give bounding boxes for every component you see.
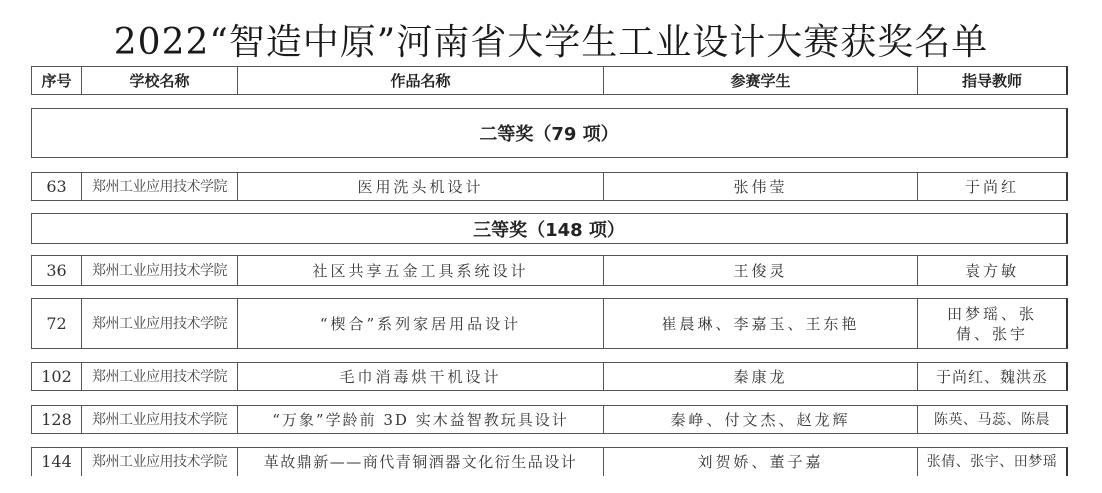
row-students: 秦康龙 [604,363,918,390]
row-students: 崔晨琳、李嘉玉、王东艳 [604,299,918,348]
row-school: 郑州工业应用技术学院 [82,256,238,285]
row-teachers: 陈英、马蕊、陈晨 [918,406,1066,433]
row-work: 毛巾消毒烘干机设计 [238,363,604,390]
row-no: 72 [32,299,82,348]
table-row: 102 郑州工业应用技术学院 毛巾消毒烘干机设计 秦康龙 于尚红、魏洪丞 [31,362,1068,391]
header-teachers: 指导教师 [918,67,1066,94]
row-school: 郑州工业应用技术学院 [82,406,238,433]
row-teachers: 袁方敏 [918,256,1066,285]
row-students: 秦峥、付文杰、赵龙辉 [604,406,918,433]
row-no: 102 [32,363,82,390]
row-teachers: 张倩、张宇、田梦瑶 [918,448,1066,476]
row-no: 63 [32,173,82,200]
row-school: 郑州工业应用技术学院 [82,363,238,390]
table-row: 144 郑州工业应用技术学院 革故鼎新——商代青铜酒器文化衍生品设计 刘贺娇、董… [31,447,1068,476]
row-work: “万象”学龄前 3D 实木益智教玩具设计 [238,406,604,433]
section-label: 三等奖（148 项） [473,216,625,242]
row-work: “楔合”系列家居用品设计 [238,299,604,348]
row-teachers: 于尚红、魏洪丞 [918,363,1066,390]
row-work: 社区共享五金工具系统设计 [238,256,604,285]
row-students: 刘贺娇、董子嘉 [604,448,918,476]
document-title: 2022“智造中原”河南省大学生工业设计大赛获奖名单 [0,14,1102,65]
header-work: 作品名称 [238,67,604,94]
row-no: 128 [32,406,82,433]
row-no: 144 [32,448,82,476]
header-school: 学校名称 [82,67,238,94]
row-teachers: 田梦瑶、张倩、张宇 [918,299,1066,348]
header-no: 序号 [32,67,82,94]
row-school: 郑州工业应用技术学院 [82,299,238,348]
row-school: 郑州工业应用技术学院 [82,448,238,476]
row-work: 医用洗头机设计 [238,173,604,200]
row-students: 张伟莹 [604,173,918,200]
row-teachers: 于尚红 [918,173,1066,200]
table-header: 序号 学校名称 作品名称 参赛学生 指导教师 [31,66,1068,95]
row-no: 36 [32,256,82,285]
table-row: 63 郑州工业应用技术学院 医用洗头机设计 张伟莹 于尚红 [31,172,1068,201]
table-row: 128 郑州工业应用技术学院 “万象”学龄前 3D 实木益智教玩具设计 秦峥、付… [31,405,1068,434]
section-label: 二等奖（79 项） [479,120,618,146]
row-students: 王俊灵 [604,256,918,285]
section-third-prize: 三等奖（148 项） [31,213,1068,244]
row-school: 郑州工业应用技术学院 [82,173,238,200]
section-second-prize: 二等奖（79 项） [31,108,1068,158]
header-students: 参赛学生 [604,67,918,94]
row-work: 革故鼎新——商代青铜酒器文化衍生品设计 [238,448,604,476]
table-row: 36 郑州工业应用技术学院 社区共享五金工具系统设计 王俊灵 袁方敏 [31,255,1068,286]
table-row: 72 郑州工业应用技术学院 “楔合”系列家居用品设计 崔晨琳、李嘉玉、王东艳 田… [31,298,1068,349]
